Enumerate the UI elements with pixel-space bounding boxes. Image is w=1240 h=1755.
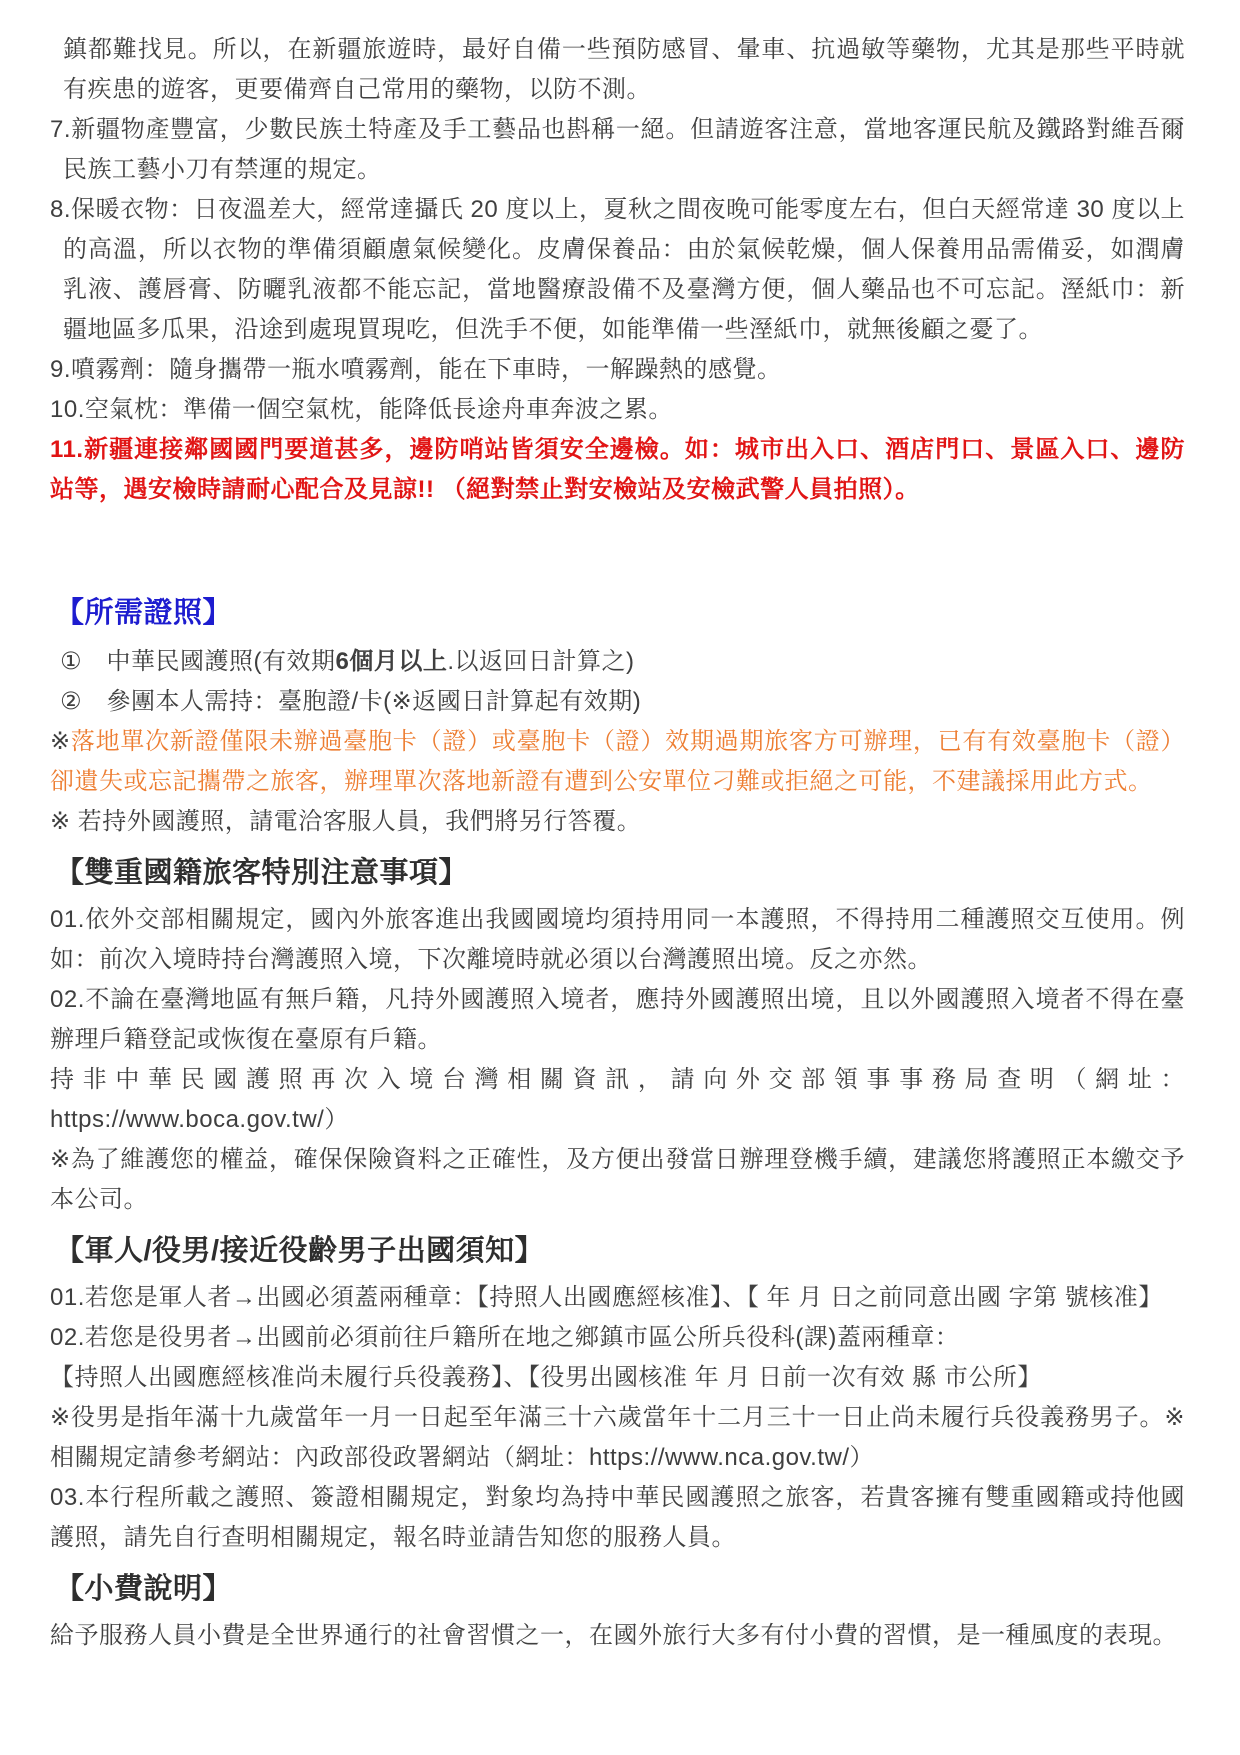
note-landing-permit-text: 落地單次新證僅限未辦過臺胞卡（證）或臺胞卡（證）效期過期旅客方可辦理，已有有效臺… bbox=[50, 728, 1185, 795]
paragraph-dual-01: 01.依外交部相關規定，國內外旅客進出我國國境均須持用同一本護照，不得持用二種護… bbox=[50, 900, 1185, 980]
paragraph-tipping-intro: 給予服務人員小費是全世界通行的社會習慣之一，在國外旅行大多有付小費的習慣，是一種… bbox=[50, 1616, 1185, 1656]
passport-validity-bold: 6個月以上 bbox=[336, 648, 448, 675]
passport-text-pre: ① 中華民國護照(有效期 bbox=[60, 648, 336, 675]
note-foreign-passport: ※ 若持外國護照，請電洽客服人員，我們將另行答覆。 bbox=[50, 802, 1185, 842]
paragraph-draftee-definition: ※役男是指年滿十九歲當年一月一日起至年滿三十六歲當年十二月三十一日止尚未履行兵役… bbox=[50, 1398, 1185, 1478]
section-heading-required-documents: 【所需證照】 bbox=[55, 590, 1185, 636]
section-heading-dual-nationality: 【雙重國籍旅客特別注意事項】 bbox=[55, 850, 1185, 896]
paragraph-passport-submission: ※為了維護您的權益，確保保險資料之正確性，及方便出發當日辦理登機手續，建議您將護… bbox=[50, 1140, 1185, 1220]
paragraph-boca-info: 持非中華民國護照再次入境台灣相關資訊，請向外交部領事事務局查明（網址：https… bbox=[50, 1060, 1185, 1140]
paragraph-9-spray: 9.噴霧劑：隨身攜帶一瓶水噴霧劑，能在下車時，一解躁熱的感覺。 bbox=[50, 350, 1185, 390]
paragraph-military-03: 03.本行程所載之護照、簽證相關規定，對象均為持中華民國護照之旅客，若貴客擁有雙… bbox=[50, 1478, 1185, 1558]
paragraph-dual-02: 02.不論在臺灣地區有無戶籍，凡持外國護照入境者，應持外國護照出境，且以外國護照… bbox=[50, 980, 1185, 1060]
document-page: 鎮都難找見。所以，在新疆旅遊時，最好自備一些預防感冒、暈車、抗過敏等藥物，尤其是… bbox=[0, 0, 1240, 1755]
paragraph-military-02: 02.若您是役男者→出國前必須前往戶籍所在地之鄉鎮市區公所兵役科(課)蓋兩種章： bbox=[50, 1318, 1185, 1358]
passport-text-post: .以返回日計算之) bbox=[447, 648, 634, 675]
paragraph-medicine-advice: 鎮都難找見。所以，在新疆旅遊時，最好自備一些預防感冒、暈車、抗過敏等藥物，尤其是… bbox=[50, 30, 1185, 110]
list-item-taibaozheng: ② 參團本人需持：臺胞證/卡(※返國日計算起有效期) bbox=[50, 682, 1185, 722]
paragraph-military-stamps: 【持照人出國應經核准尚未履行兵役義務】、【役男出國核准 年 月 日前一次有效 縣… bbox=[50, 1358, 1185, 1398]
note-marker: ※ bbox=[50, 728, 71, 755]
paragraph-10-air-pillow: 10.空氣枕：準備一個空氣枕，能降低長途舟車奔波之累。 bbox=[50, 390, 1185, 430]
paragraph-military-01: 01.若您是軍人者→出國必須蓋兩種章：【持照人出國應經核准】、【 年 月 日之前… bbox=[50, 1278, 1185, 1318]
paragraph-11-border-security-warning: 11.新疆連接鄰國國門要道甚多，邊防哨站皆須安全邊檢。如：城市出入口、酒店門口、… bbox=[50, 430, 1185, 510]
paragraph-7-local-products: 7.新疆物產豐富，少數民族土特產及手工藝品也斟稱一絕。但請遊客注意，當地客運民航… bbox=[50, 110, 1185, 190]
paragraph-8-clothing-skincare: 8.保暖衣物：日夜溫差大，經常達攝氏 20 度以上，夏秋之間夜晚可能零度左右，但… bbox=[50, 190, 1185, 350]
section-heading-tipping: 【小費說明】 bbox=[55, 1566, 1185, 1612]
list-item-passport: ① 中華民國護照(有效期6個月以上.以返回日計算之) bbox=[50, 642, 1185, 682]
section-heading-military-notice: 【軍人/役男/接近役齡男子出國須知】 bbox=[55, 1228, 1185, 1274]
note-landing-permit-warning: ※落地單次新證僅限未辦過臺胞卡（證）或臺胞卡（證）效期過期旅客方可辦理，已有有效… bbox=[50, 722, 1185, 802]
